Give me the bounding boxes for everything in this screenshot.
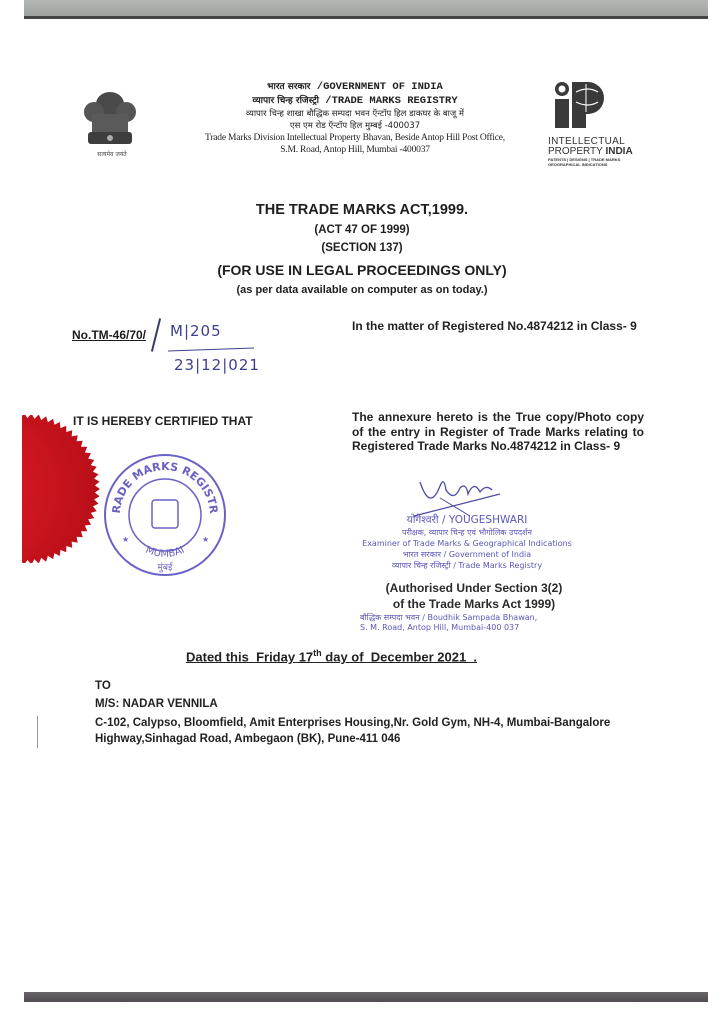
signatory-designation-hindi: परीक्षक, व्यापार चिन्ह एवं भौगोलिक उपदर्…	[352, 527, 582, 538]
reference-number: No.TM-46/70/	[72, 328, 146, 342]
act-number: (ACT 47 OF 1999)	[0, 224, 724, 236]
recipient-name: M/S: NADAR VENNILA	[95, 698, 218, 710]
ip-india-logo-icon	[552, 80, 604, 128]
recipient-address: C-102, Calypso, Bloomfield, Amit Enterpr…	[95, 715, 660, 747]
registry-round-stamp-icon: TRADE MARKS REGISTRY MUMBAI मुंबई ★ ★	[102, 448, 228, 582]
emblem-caption: सत्यमेव जयते	[82, 150, 142, 158]
registry-line: व्यापार चिन्ह रजिस्ट्री /TRADE MARKS REG…	[170, 94, 540, 108]
address-hindi-2: एस एम रोड ऍन्टॉप हिल मुम्बई -400037	[170, 120, 540, 132]
signatory-name: योगेश्वरी / YOUGESHWARI	[352, 514, 582, 527]
ashoka-emblem-icon	[80, 84, 140, 154]
section-number: (SECTION 137)	[0, 242, 724, 254]
ip-india-logo: INTELLECTUAL PROPERTY INDIA PATENTS | DE…	[548, 80, 658, 167]
address-hindi-1: व्यापार चिन्ह शाखा बौद्धिक सम्पदा भवन ऍन…	[170, 108, 540, 120]
red-wax-seal-icon	[22, 415, 102, 563]
signatory-gov: भारत सरकार / Government of India	[352, 549, 582, 560]
signatory-stamp: योगेश्वरी / YOUGESHWARI परीक्षक, व्यापार…	[352, 514, 582, 571]
data-notice: (as per data available on computer as on…	[0, 284, 724, 296]
svg-text:मुंबई: मुंबई	[158, 561, 174, 573]
margin-mark	[37, 716, 38, 748]
gov-line: भारत सरकार /GOVERNMENT OF INDIA	[170, 80, 540, 94]
authorisation-note: (Authorised Under Section 3(2) of the Tr…	[354, 580, 594, 612]
act-title: THE TRADE MARKS ACT,1999.	[0, 202, 724, 218]
svg-text:TRADE MARKS REGISTRY: TRADE MARKS REGISTRY	[102, 448, 220, 515]
address-english-1: Trade Marks Division Intellectual Proper…	[170, 132, 540, 144]
stamp-address: बौद्धिक सम्पदा भवन / Boudhik Sampada Bha…	[360, 612, 537, 632]
scan-top-edge	[24, 0, 708, 19]
handwritten-number: M|205	[170, 322, 222, 340]
signatory-designation-english: Examiner of Trade Marks & Geographical I…	[352, 538, 582, 549]
svg-text:★: ★	[122, 535, 129, 544]
to-label: TO	[95, 680, 111, 692]
scan-bottom-edge	[24, 992, 708, 1002]
handwritten-signature-icon	[410, 472, 520, 520]
handwritten-date: 23|12|021	[174, 356, 260, 374]
letterhead: भारत सरकार /GOVERNMENT OF INDIA व्यापार …	[170, 80, 540, 156]
signatory-registry: व्यापार चिन्ह रजिस्ट्री / Trade Marks Re…	[352, 560, 582, 571]
matter-reference: In the matter of Registered No.4874212 i…	[352, 319, 652, 334]
address-english-2: S.M. Road, Antop Hill, Mumbai -400037	[170, 144, 540, 156]
legal-use-notice: (FOR USE IN LEGAL PROCEEDINGS ONLY)	[0, 262, 724, 278]
dated-line: Dated this Friday 17th day of December 2…	[186, 648, 477, 664]
certification-body: The annexure hereto is the True copy/Pho…	[352, 410, 644, 454]
svg-text:MUMBAI: MUMBAI	[144, 545, 186, 560]
svg-text:★: ★	[202, 535, 209, 544]
